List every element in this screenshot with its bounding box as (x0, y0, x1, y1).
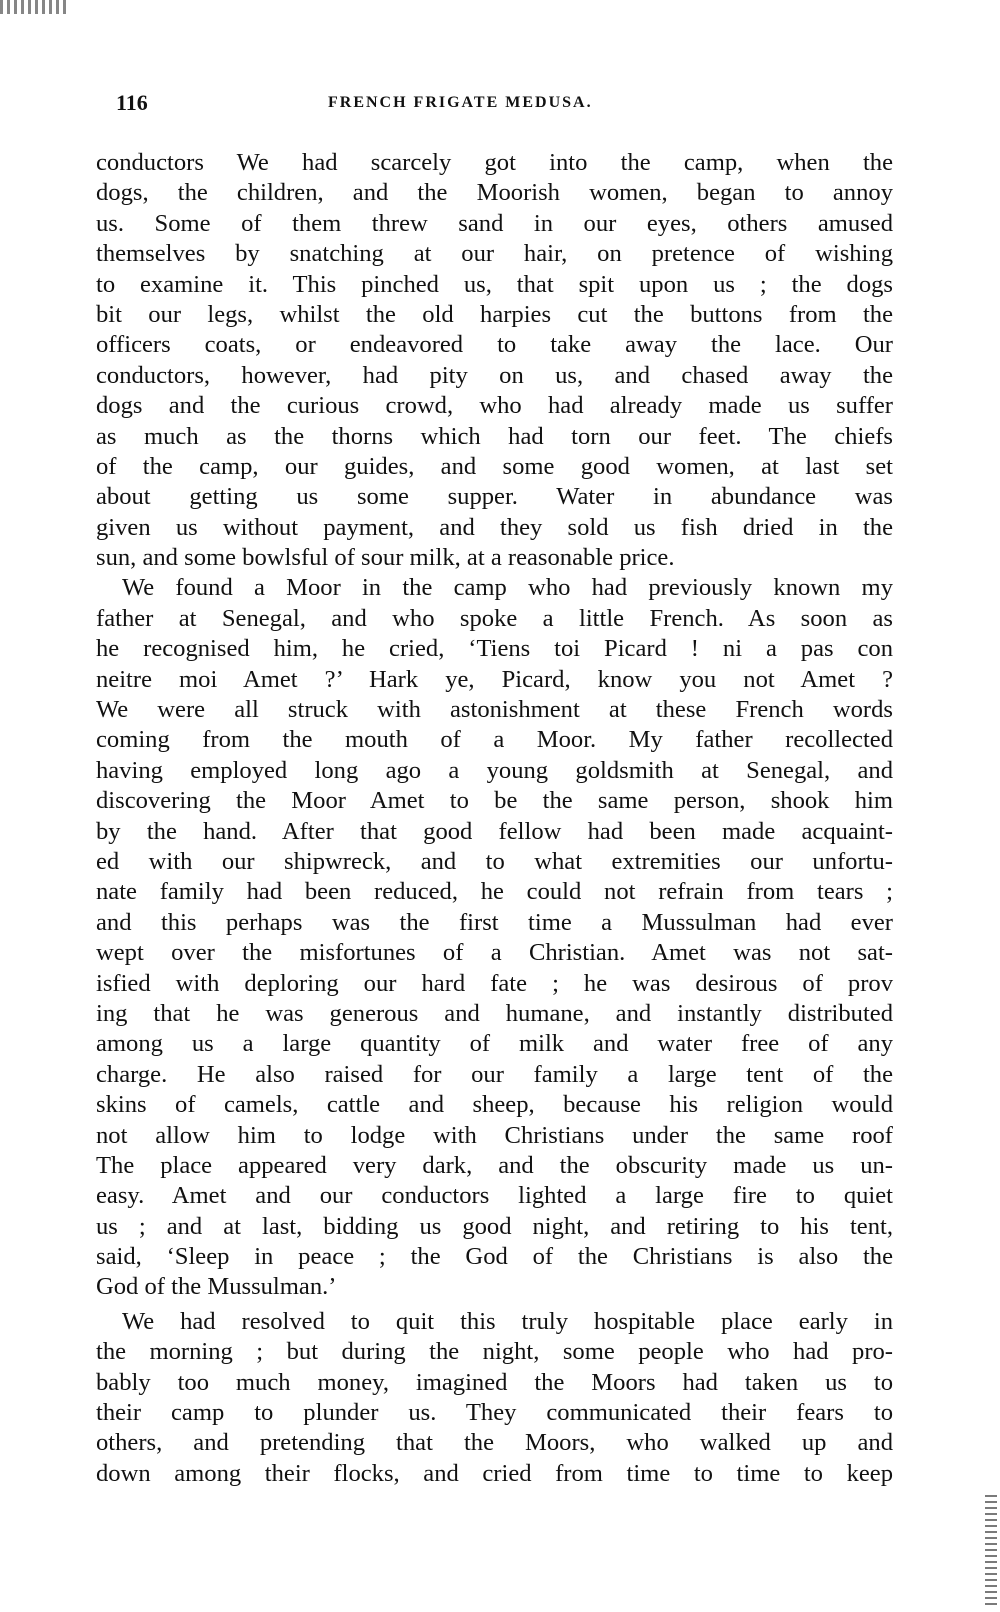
text-line: discovering the Moor Amet to be the same… (96, 786, 893, 816)
text-line: wept over the misfortunes of a Christian… (96, 938, 893, 968)
text-line: father at Senegal, and who spoke a littl… (96, 604, 893, 634)
text-line: the morning ; but during the night, some… (96, 1337, 893, 1367)
page-header: 116 FRENCH FRIGATE MEDUSA. (116, 90, 896, 120)
paragraph: conductors We had scarcely got into the … (96, 148, 893, 573)
page-number: 116 (116, 90, 148, 116)
text-line: dogs and the curious crowd, who had alre… (96, 391, 893, 421)
text-line: God of the Mussulman.’ (96, 1272, 893, 1302)
text-line: We had resolved to quit this truly hospi… (96, 1307, 893, 1337)
text-line: to examine it. This pinched us, that spi… (96, 270, 893, 300)
text-line: bably too much money, imagined the Moors… (96, 1368, 893, 1398)
text-line: ed with our shipwreck, and to what extre… (96, 847, 893, 877)
text-line: charge. He also raised for our family a … (96, 1060, 893, 1090)
text-line: among us a large quantity of milk and wa… (96, 1029, 893, 1059)
text-line: us ; and at last, bidding us good night,… (96, 1212, 893, 1242)
text-line: and this perhaps was the first time a Mu… (96, 908, 893, 938)
text-line: The place appeared very dark, and the ob… (96, 1151, 893, 1181)
text-line: We were all struck with astonishment at … (96, 695, 893, 725)
text-line: by the hand. After that good fellow had … (96, 817, 893, 847)
text-line: skins of camels, cattle and sheep, becau… (96, 1090, 893, 1120)
scan-artifact-top (0, 0, 70, 14)
text-line: said, ‘Sleep in peace ; the God of the C… (96, 1242, 893, 1272)
text-line: neitre moi Amet ?’ Hark ye, Picard, know… (96, 665, 893, 695)
text-line: of the camp, our guides, and some good w… (96, 452, 893, 482)
text-line: coming from the mouth of a Moor. My fath… (96, 725, 893, 755)
text-line: conductors We had scarcely got into the … (96, 148, 893, 178)
text-line: given us without payment, and they sold … (96, 513, 893, 543)
text-line: conductors, however, had pity on us, and… (96, 361, 893, 391)
text-line: ing that he was generous and humane, and… (96, 999, 893, 1029)
text-line: isfied with deploring our hard fate ; he… (96, 969, 893, 999)
text-line: not allow him to lodge with Christians u… (96, 1121, 893, 1151)
text-line: down among their flocks, and cried from … (96, 1459, 893, 1489)
text-line: us. Some of them threw sand in our eyes,… (96, 209, 893, 239)
running-head: FRENCH FRIGATE MEDUSA. (328, 94, 593, 112)
paragraph: We found a Moor in the camp who had prev… (96, 573, 893, 1302)
scan-artifact-right (985, 1495, 997, 1605)
text-line: themselves by snatching at our hair, on … (96, 239, 893, 269)
paragraph: We had resolved to quit this truly hospi… (96, 1307, 893, 1489)
text-line: easy. Amet and our conductors lighted a … (96, 1181, 893, 1211)
text-line: sun, and some bowlsful of sour milk, at … (96, 543, 893, 573)
text-line: bit our legs, whilst the old harpies cut… (96, 300, 893, 330)
text-line: having employed long ago a young goldsmi… (96, 756, 893, 786)
text-line: their camp to plunder us. They communica… (96, 1398, 893, 1428)
text-line: about getting us some supper. Water in a… (96, 482, 893, 512)
text-line: officers coats, or endeavored to take aw… (96, 330, 893, 360)
body-text: conductors We had scarcely got into the … (96, 148, 893, 1489)
text-line: others, and pretending that the Moors, w… (96, 1428, 893, 1458)
text-line: as much as the thorns which had torn our… (96, 422, 893, 452)
text-line: nate family had been reduced, he could n… (96, 877, 893, 907)
text-line: he recognised him, he cried, ‘Tiens toi … (96, 634, 893, 664)
text-line: We found a Moor in the camp who had prev… (96, 573, 893, 603)
text-line: dogs, the children, and the Moorish wome… (96, 178, 893, 208)
